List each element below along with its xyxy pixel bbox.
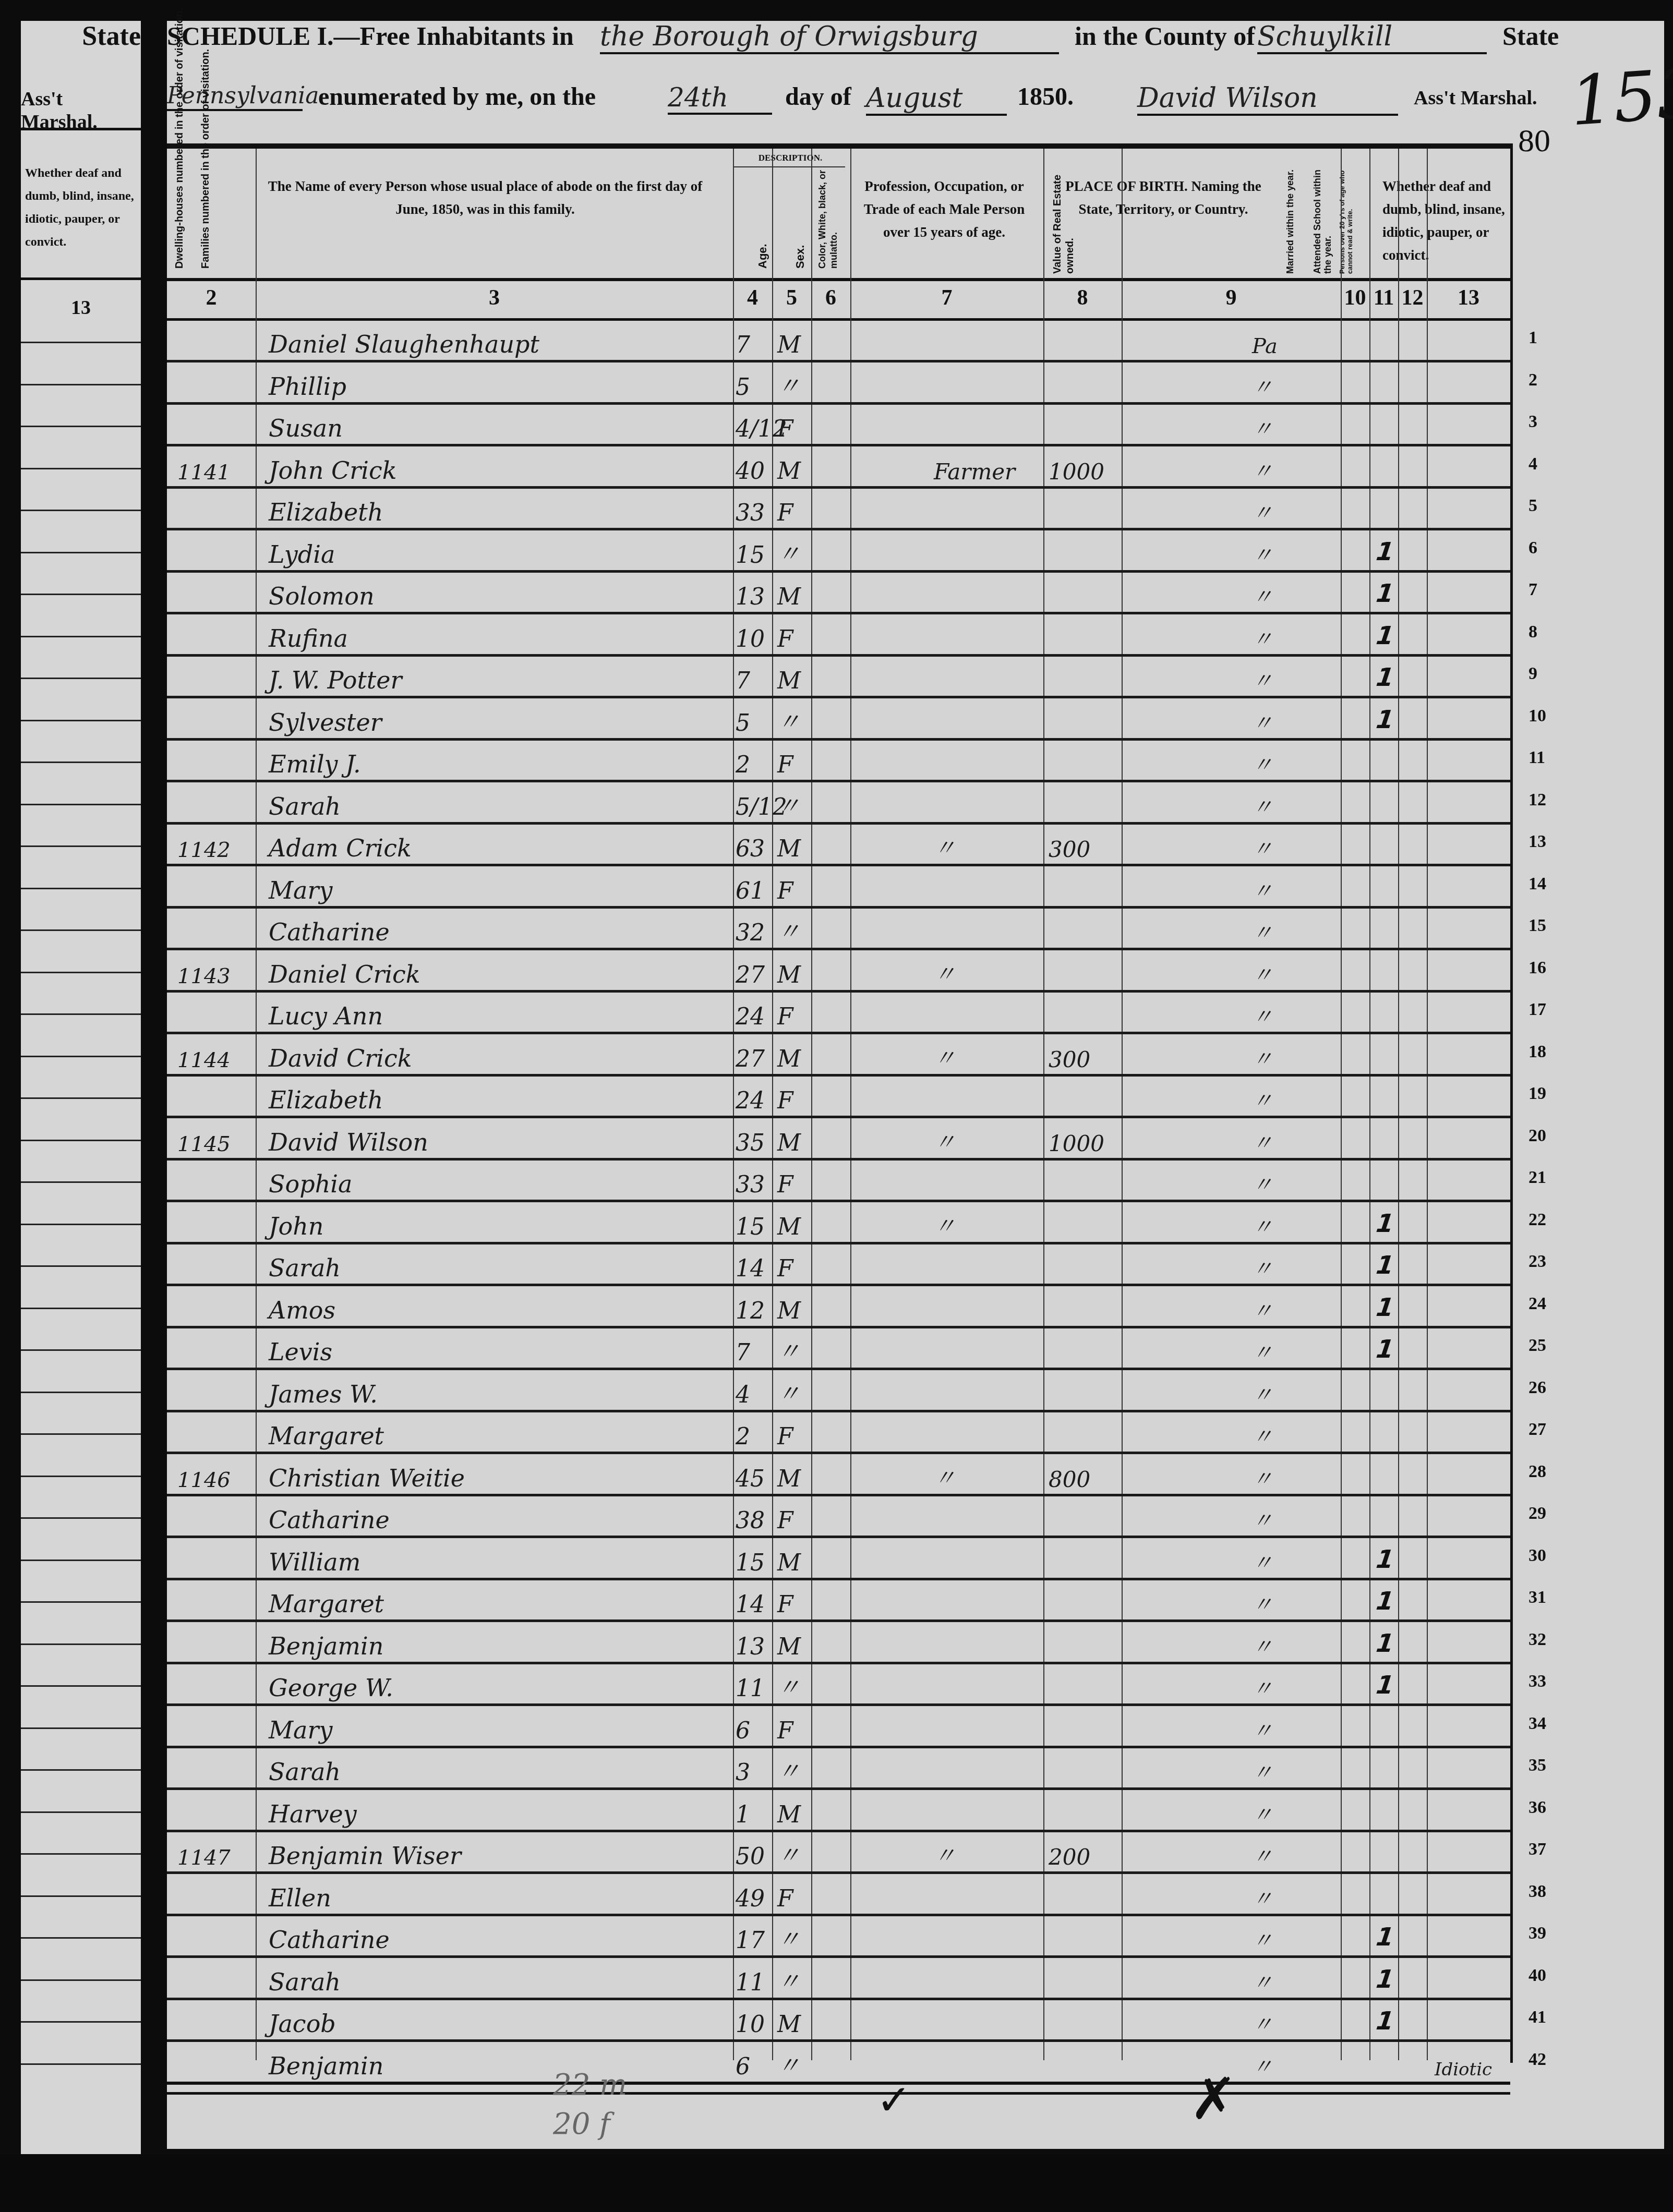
- line-number: 23: [1528, 1252, 1546, 1272]
- row-rule: [167, 1326, 1510, 1328]
- family-number: 1145: [177, 1132, 231, 1156]
- person-name: Sarah: [269, 1968, 341, 1996]
- column-number-8: 8: [1043, 285, 1122, 310]
- age-value: 2: [736, 1423, 750, 1450]
- line-number: 4: [1528, 454, 1537, 474]
- col-2-header: Families numbered in the order of visita…: [198, 164, 213, 269]
- person-name: Sarah: [269, 1758, 341, 1786]
- locality-field: the Borough of Orwigsburg: [600, 21, 1059, 54]
- real-estate-value: 1000: [1049, 1131, 1104, 1156]
- person-name: Lydia: [269, 540, 335, 569]
- column-number-3: 3: [256, 285, 733, 310]
- attended-school-mark: 1: [1371, 579, 1399, 608]
- state-field: Pennsylvania: [167, 82, 303, 111]
- table-row: Susan4/12F〃3: [167, 405, 1510, 446]
- person-name: Daniel Crick: [269, 960, 420, 988]
- col-13-header: Whether deaf and dumb, blind, insane, id…: [1382, 175, 1508, 267]
- column-number-2: 2: [167, 285, 256, 310]
- row-rule: [167, 1746, 1510, 1748]
- row-rule: [167, 1830, 1510, 1832]
- day-of-label: day of: [785, 82, 851, 111]
- attended-school-mark: 1: [1371, 1335, 1399, 1364]
- attended-school-mark: 1: [1371, 537, 1399, 566]
- row-rule: [167, 1787, 1510, 1790]
- birthplace-value: 〃: [1252, 1882, 1273, 1912]
- row-rule: [167, 780, 1510, 782]
- person-name: Ellen: [269, 1884, 331, 1912]
- remarks-value: Idiotic: [1435, 2059, 1492, 2080]
- birthplace-value: 〃: [1252, 959, 1273, 988]
- birthplace-value: 〃: [1252, 791, 1273, 820]
- birthplace-value: 〃: [1252, 1043, 1273, 1072]
- person-name: Lucy Ann: [269, 1002, 383, 1030]
- table-row: Sarah14F〃123: [167, 1244, 1510, 1286]
- col-6-header: Color, White, black, or mulatto.: [816, 170, 851, 269]
- table-row: Lucy Ann24F〃17: [167, 993, 1510, 1034]
- row-rule: [167, 444, 1510, 446]
- birthplace-value: 〃: [1252, 581, 1273, 610]
- enumeration-line: Pennsylvania enumerated by me, on the 24…: [167, 82, 1575, 119]
- col-10-header: Married within the year.: [1285, 159, 1308, 274]
- schedule-title-line: SCHEDULE I.—Free Inhabitants in the Boro…: [167, 21, 1555, 52]
- prev-row-rule: [21, 1560, 141, 1561]
- age-value: 7: [736, 1339, 750, 1366]
- row-rule: [167, 864, 1510, 866]
- table-row: Margaret14F〃131: [167, 1580, 1510, 1622]
- age-value: 1: [736, 1802, 750, 1828]
- table-row: George W.11〃〃133: [167, 1664, 1510, 1706]
- person-name: James W.: [269, 1380, 378, 1408]
- sex-value: M: [777, 1802, 801, 1828]
- table-row: 1145David Wilson35M〃1000〃20: [167, 1119, 1510, 1161]
- line-number: 24: [1528, 1294, 1546, 1314]
- prev-row-rule: [21, 1937, 141, 1939]
- age-value: 40: [736, 458, 765, 485]
- prev-header-rule: [21, 128, 141, 130]
- column-number-6: 6: [811, 285, 850, 310]
- birthplace-value: 〃: [1252, 707, 1273, 736]
- table-row: Sophia33F〃21: [167, 1161, 1510, 1202]
- attended-school-mark: 1: [1371, 1545, 1399, 1574]
- attended-school-mark: 1: [1371, 621, 1399, 650]
- sex-value: 〃: [777, 1752, 800, 1786]
- table-row: Solomon13M〃17: [167, 573, 1510, 614]
- table-top-rule: [167, 143, 1510, 149]
- birthplace-value: 〃: [1252, 1672, 1273, 1702]
- row-rule: [167, 696, 1510, 698]
- age-value: 15: [736, 542, 765, 569]
- attended-school-mark: 1: [1371, 1965, 1399, 1994]
- age-value: 45: [736, 1466, 765, 1492]
- sex-value: 〃: [777, 367, 800, 401]
- prev-column-number: 13: [21, 296, 141, 319]
- table-row: Benjamin13M〃132: [167, 1623, 1510, 1664]
- table-row: Rufina10F〃18: [167, 615, 1510, 657]
- attended-school-mark: 1: [1371, 1923, 1399, 1952]
- birthplace-value: 〃: [1252, 1336, 1273, 1366]
- col-1-header: Dwelling-houses numbered in the order of…: [172, 164, 187, 269]
- sex-value: F: [777, 500, 793, 526]
- person-name: George W.: [269, 1674, 393, 1702]
- age-value: 33: [736, 1171, 765, 1198]
- sex-value: 〃: [777, 2047, 800, 2080]
- table-row: Levis7〃〃125: [167, 1328, 1510, 1370]
- prev-row-rule: [21, 1433, 141, 1435]
- person-name: Adam Crick: [269, 834, 412, 862]
- age-value: 13: [736, 584, 765, 610]
- table-row: James W.4〃〃26: [167, 1371, 1510, 1412]
- age-value: 7: [736, 332, 750, 358]
- age-value: 63: [736, 836, 765, 862]
- family-number: 1147: [177, 1846, 231, 1870]
- table-row: 1147Benjamin Wiser50〃〃200〃37: [167, 1832, 1510, 1874]
- person-name: Benjamin: [269, 1632, 383, 1660]
- prev-row-rule: [21, 1517, 141, 1519]
- column-number-10: 10: [1341, 285, 1369, 310]
- county-field: Schuylkill: [1257, 21, 1487, 54]
- age-value: 10: [736, 626, 765, 652]
- marshal-signature: David Wilson: [1137, 82, 1398, 116]
- table-row: 1143Daniel Crick27M〃〃16: [167, 951, 1510, 993]
- person-name: Christian Weitie: [269, 1464, 465, 1492]
- birthplace-value: 〃: [1252, 1630, 1273, 1660]
- row-rule: [167, 948, 1510, 950]
- table-row: 1144David Crick27M〃300〃18: [167, 1035, 1510, 1077]
- sex-value: M: [777, 1634, 801, 1660]
- col-11-header: Attended School within the year.: [1312, 159, 1335, 274]
- age-value: 11: [736, 1675, 765, 1702]
- birthplace-value: 〃: [1252, 371, 1273, 401]
- column-number-7: 7: [850, 285, 1043, 310]
- schedule-title: SCHEDULE I.—Free Inhabitants in: [167, 21, 574, 51]
- birthplace-value: 〃: [1252, 875, 1273, 904]
- line-number: 19: [1528, 1084, 1546, 1104]
- row-rule: [167, 738, 1510, 741]
- age-value: 12: [736, 1298, 765, 1324]
- month-field: August: [866, 82, 1007, 116]
- sex-value: 〃: [777, 787, 800, 820]
- age-value: 14: [736, 1591, 765, 1618]
- sex-value: M: [777, 584, 801, 610]
- attended-school-mark: 1: [1371, 2006, 1399, 2036]
- prev-row-rule: [21, 1224, 141, 1225]
- birthplace-value: 〃: [1252, 1546, 1273, 1576]
- sex-value: M: [777, 836, 801, 862]
- census-page: SCHEDULE I.—Free Inhabitants in the Boro…: [167, 21, 1664, 2149]
- table-row: John15M〃〃122: [167, 1203, 1510, 1244]
- prev-row-rule: [21, 1601, 141, 1603]
- state-label: State: [1502, 21, 1559, 51]
- attended-school-mark: 1: [1371, 1293, 1399, 1322]
- prev-row-rule: [21, 1476, 141, 1477]
- prev-row-rule: [21, 720, 141, 721]
- birthplace-value: 〃: [1252, 916, 1273, 946]
- prev-row-rule: [21, 804, 141, 805]
- table-row: Emily J.2F〃11: [167, 741, 1510, 782]
- check-mark: ✓: [876, 2076, 911, 2124]
- prev-row-rule: [21, 2063, 141, 2065]
- birthplace-value: 〃: [1252, 1084, 1273, 1114]
- sex-value: 〃: [777, 1836, 800, 1870]
- prev-row-rule: [21, 594, 141, 595]
- line-number: 2: [1528, 370, 1537, 390]
- table-bottom-rule: [167, 2082, 1510, 2095]
- sex-value: F: [777, 1171, 793, 1198]
- enumerated-label: enumerated by me, on the: [318, 82, 596, 111]
- line-number: 5: [1528, 496, 1537, 516]
- table-row: Sylvester5〃〃110: [167, 699, 1510, 741]
- row-rule: [167, 1662, 1510, 1664]
- col-5-header: Sex.: [793, 237, 808, 269]
- line-number: 14: [1528, 874, 1546, 894]
- col-7-header: Profession, Occupation, or Trade of each…: [856, 175, 1033, 244]
- sex-value: F: [777, 1507, 793, 1534]
- table-row: Catharine17〃〃139: [167, 1916, 1510, 1958]
- sex-value: F: [777, 416, 793, 442]
- person-name: Emily J.: [269, 750, 361, 778]
- prev-row-rule: [21, 1056, 141, 1057]
- birthplace-value: 〃: [1252, 1168, 1273, 1198]
- description-group-header: DESCRIPTION.: [733, 153, 848, 163]
- prev-row-rule: [21, 1685, 141, 1687]
- family-number: 1141: [177, 461, 231, 485]
- attended-school-mark: 1: [1371, 1629, 1399, 1658]
- row-rule: [167, 1284, 1510, 1286]
- prev-row-rule: [21, 929, 141, 931]
- person-name: Mary: [269, 1716, 333, 1744]
- table-row: Catharine38F〃29: [167, 1496, 1510, 1538]
- person-name: Levis: [269, 1338, 332, 1366]
- row-rule: [167, 1410, 1510, 1412]
- table-row: Jacob10M〃141: [167, 2000, 1510, 2042]
- age-value: 50: [736, 1843, 765, 1870]
- line-number: 27: [1528, 1420, 1546, 1440]
- prev-row-rule: [21, 1181, 141, 1183]
- sex-value: F: [777, 1718, 793, 1744]
- table-row: Mary6F〃34: [167, 1707, 1510, 1748]
- row-rule: [167, 570, 1510, 573]
- birthplace-value: 〃: [1252, 1756, 1273, 1786]
- day-field: 24th: [668, 82, 772, 115]
- birthplace-value: 〃: [1252, 1420, 1273, 1450]
- birthplace-value: 〃: [1252, 1798, 1273, 1828]
- description-group-rule: [733, 166, 845, 167]
- line-number: 30: [1528, 1546, 1546, 1566]
- prev-row-rule: [21, 1349, 141, 1351]
- occupation-value: 〃: [934, 957, 956, 988]
- prev-row-rule: [21, 510, 141, 511]
- family-number: 1146: [177, 1468, 231, 1492]
- sex-value: F: [777, 1087, 793, 1114]
- sex-value: M: [777, 1550, 801, 1576]
- sex-value: M: [777, 962, 801, 988]
- sex-value: 〃: [777, 1333, 800, 1366]
- age-value: 27: [736, 962, 765, 988]
- line-number: 1: [1528, 328, 1537, 348]
- prev-row-rule: [21, 761, 141, 763]
- printed-page-number: 80: [1518, 123, 1550, 160]
- col-3-header: The Name of every Person whose usual pla…: [256, 175, 715, 221]
- person-name: Benjamin: [269, 2052, 383, 2080]
- line-number: 29: [1528, 1504, 1546, 1524]
- line-number: 31: [1528, 1588, 1546, 1607]
- sex-value: M: [777, 1214, 801, 1240]
- age-value: 33: [736, 500, 765, 526]
- person-name: Mary: [269, 876, 333, 904]
- person-name: Elizabeth: [269, 498, 383, 526]
- line-number: 8: [1528, 622, 1537, 642]
- row-rule: [167, 528, 1510, 530]
- prev-row-rule: [21, 845, 141, 847]
- row-rule: [167, 1871, 1510, 1874]
- prev-row-rule: [21, 1097, 141, 1099]
- birthplace-value: 〃: [1252, 1379, 1273, 1408]
- occupation-value: Farmer: [934, 459, 1015, 485]
- line-number: 25: [1528, 1336, 1546, 1356]
- row-rule: [167, 486, 1510, 489]
- line-number: 15: [1528, 916, 1546, 936]
- birthplace-value: 〃: [1252, 1000, 1273, 1030]
- table-row: Sarah3〃〃35: [167, 1748, 1510, 1790]
- person-name: Sylvester: [269, 708, 382, 736]
- sex-value: M: [777, 332, 801, 358]
- person-name: Benjamin Wiser: [269, 1842, 461, 1870]
- prev-row-rule: [21, 1895, 141, 1897]
- age-value: 38: [736, 1507, 765, 1534]
- header-divider: [167, 278, 1510, 281]
- table-row: Sarah11〃〃140: [167, 1959, 1510, 2000]
- age-value: 61: [736, 878, 765, 904]
- line-number: 9: [1528, 664, 1537, 684]
- table-row: Daniel Slaughenhaupt7MPa1: [167, 321, 1510, 362]
- prev-row-rule: [21, 1265, 141, 1267]
- age-value: 11: [736, 1969, 765, 1996]
- scan-shadow: [0, 2154, 1673, 2212]
- row-rule: [167, 1998, 1510, 2000]
- prev-row-rule: [21, 1140, 141, 1141]
- tally-females: 20 f: [553, 2107, 610, 2141]
- age-value: 14: [736, 1255, 765, 1282]
- prev-row-rule: [21, 1727, 141, 1729]
- attended-school-mark: 1: [1371, 1251, 1399, 1280]
- line-number: 28: [1528, 1462, 1546, 1482]
- line-number: 33: [1528, 1672, 1546, 1691]
- birthplace-value: 〃: [1252, 1295, 1273, 1324]
- row-rule: [167, 654, 1510, 657]
- attended-school-mark: 1: [1371, 705, 1399, 734]
- line-number: 35: [1528, 1756, 1546, 1775]
- sex-value: F: [777, 1885, 793, 1912]
- column-number-12: 12: [1398, 285, 1427, 310]
- table-row: Elizabeth24F〃19: [167, 1077, 1510, 1118]
- person-name: Solomon: [269, 582, 375, 610]
- birthplace-value: 〃: [1252, 455, 1273, 485]
- sex-value: M: [777, 1298, 801, 1324]
- sex-value: 〃: [777, 703, 800, 736]
- sex-value: F: [777, 1423, 793, 1450]
- line-number: 10: [1528, 706, 1546, 726]
- person-name: Catharine: [269, 1926, 390, 1954]
- person-name: Margaret: [269, 1590, 384, 1618]
- table-row: William15M〃130: [167, 1539, 1510, 1580]
- birthplace-value: 〃: [1252, 623, 1273, 652]
- prev-row-rule: [21, 2021, 141, 2023]
- sheet-number-handwritten: 153: [1568, 53, 1673, 141]
- table-row: Catharine32〃〃15: [167, 909, 1510, 950]
- real-estate-value: 200: [1049, 1844, 1090, 1870]
- sex-value: F: [777, 1255, 793, 1282]
- line-number: 18: [1528, 1042, 1546, 1062]
- table-row: 1141John Crick40MFarmer1000〃4: [167, 447, 1510, 489]
- prev-row-rule: [21, 384, 141, 385]
- person-name: Catharine: [269, 1506, 390, 1534]
- line-number: 40: [1528, 1966, 1546, 1986]
- real-estate-value: 300: [1049, 1047, 1090, 1072]
- row-rule: [167, 1242, 1510, 1244]
- person-name: Margaret: [269, 1422, 384, 1450]
- age-value: 6: [736, 1718, 750, 1744]
- person-name: Sarah: [269, 1254, 341, 1282]
- person-name: Catharine: [269, 918, 390, 946]
- column-number-9: 9: [1122, 285, 1341, 310]
- birthplace-value: 〃: [1252, 497, 1273, 526]
- prev-row-rule: [21, 1308, 141, 1309]
- column-number-5: 5: [772, 285, 811, 310]
- prev-row-rule: [21, 1811, 141, 1813]
- table-row: Harvey1M〃36: [167, 1791, 1510, 1832]
- attended-school-mark: 1: [1371, 1671, 1399, 1700]
- prev-column-header: Whether deaf and dumb, blind, insane, id…: [25, 162, 137, 253]
- occupation-value: 〃: [934, 1839, 956, 1870]
- census-table: Dwelling-houses numbered in the order of…: [167, 143, 1513, 2063]
- prev-row-rule: [21, 1392, 141, 1393]
- person-name: J. W. Potter: [269, 666, 402, 694]
- row-rule: [167, 1368, 1510, 1370]
- line-number: 32: [1528, 1630, 1546, 1650]
- table-row: Mary61F〃14: [167, 867, 1510, 909]
- person-name: Rufina: [269, 624, 348, 652]
- table-row: J. W. Potter7M〃19: [167, 657, 1510, 698]
- line-number: 39: [1528, 1924, 1546, 1943]
- age-value: 32: [736, 920, 765, 946]
- prev-row-rule: [21, 678, 141, 679]
- line-number: 34: [1528, 1714, 1546, 1734]
- prev-row-rule: [21, 1979, 141, 1981]
- birthplace-value: 〃: [1252, 1504, 1273, 1534]
- line-number: 12: [1528, 790, 1546, 810]
- occupation-value: 〃: [934, 1209, 956, 1240]
- line-number: 26: [1528, 1378, 1546, 1398]
- cross-mark: ✗: [1189, 2065, 1237, 2132]
- person-name: David Crick: [269, 1044, 412, 1072]
- sex-value: F: [777, 878, 793, 904]
- prev-row-rule: [21, 1013, 141, 1015]
- prev-row-rule: [21, 888, 141, 889]
- prev-row-rule: [21, 426, 141, 427]
- family-number: 1144: [177, 1048, 231, 1072]
- age-value: 6: [736, 2053, 750, 2080]
- person-name: John Crick: [269, 456, 397, 485]
- occupation-value: 〃: [934, 1125, 956, 1156]
- sex-value: 〃: [777, 913, 800, 946]
- age-value: 2: [736, 752, 750, 778]
- table-row: Margaret2F〃27: [167, 1412, 1510, 1454]
- line-number: 20: [1528, 1126, 1546, 1146]
- row-rule: [167, 1032, 1510, 1034]
- age-value: 49: [736, 1885, 765, 1912]
- birthplace-value: 〃: [1252, 1588, 1273, 1618]
- sex-value: F: [777, 1591, 793, 1618]
